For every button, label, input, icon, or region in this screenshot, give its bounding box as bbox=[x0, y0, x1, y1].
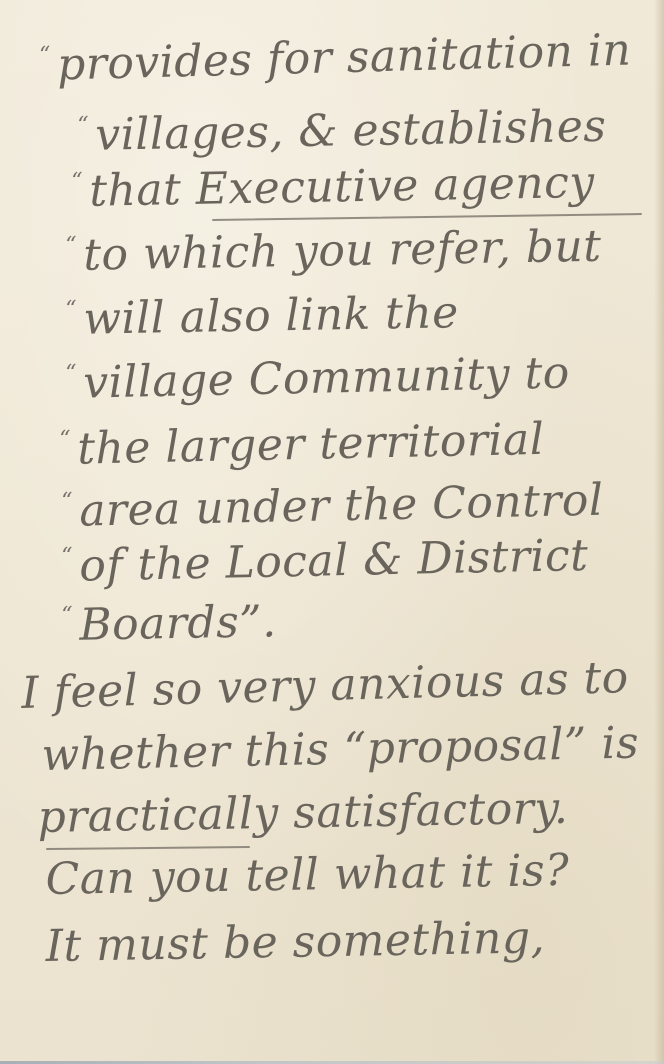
quoted-line-text: will also link the bbox=[83, 287, 459, 345]
paragraph-line-4: Can you tell what it is? bbox=[45, 849, 569, 902]
quoted-line-text: of the Local & District bbox=[79, 530, 589, 592]
quoted-line-text: the larger territorial bbox=[77, 414, 545, 475]
quoted-line-4: “to which you refer, but bbox=[65, 225, 602, 278]
quoted-line-text: Boards”. bbox=[79, 596, 277, 650]
quote-mark: “ bbox=[39, 43, 51, 68]
page-edge-shadow bbox=[654, 0, 664, 1064]
quoted-line-text: area under the Control bbox=[79, 475, 604, 537]
quoted-line-6: “village Community to bbox=[65, 351, 570, 406]
quoted-line-text: to which you refer, but bbox=[83, 221, 602, 281]
paragraph-line-5: It must be something, bbox=[45, 916, 545, 969]
quoted-line-10: “Boards”. bbox=[61, 600, 277, 648]
quote-mark: “ bbox=[77, 113, 89, 138]
paragraph-line-text: practically satisfactory. bbox=[37, 783, 569, 843]
quote-mark: “ bbox=[71, 169, 83, 194]
paragraph-line-text: whether this “proposal” is bbox=[41, 717, 640, 781]
paragraph-line-text: I feel so very anxious as to bbox=[21, 652, 630, 719]
manuscript-page: “provides for sanitation in “villages, &… bbox=[0, 0, 664, 1064]
quote-mark: “ bbox=[65, 361, 77, 386]
quoted-line-3: “that Executive agency bbox=[71, 161, 595, 214]
quoted-line-text: provides for sanitation in bbox=[56, 25, 631, 91]
underline-executive-agency bbox=[212, 213, 642, 221]
quote-mark: “ bbox=[59, 427, 71, 452]
quoted-line-text: villages, & establishes bbox=[95, 101, 607, 161]
quote-mark: “ bbox=[65, 233, 77, 258]
quoted-line-9: “of the Local & District bbox=[61, 534, 589, 589]
quoted-line-1: “provides for sanitation in bbox=[39, 29, 632, 88]
quoted-line-text: that Executive agency bbox=[89, 157, 595, 217]
quoted-line-8: “area under the Control bbox=[61, 479, 604, 534]
quoted-line-2: “villages, & establishes bbox=[77, 105, 607, 158]
quoted-line-7: “the larger territorial bbox=[59, 418, 545, 472]
paragraph-line-2: whether this “proposal” is bbox=[41, 721, 639, 778]
paragraph-line-text: Can you tell what it is? bbox=[45, 845, 569, 905]
quote-mark: “ bbox=[61, 603, 73, 628]
paragraph-line-1: I feel so very anxious as to bbox=[21, 656, 629, 716]
underline-practically bbox=[46, 846, 250, 850]
paragraph-line-text: It must be something, bbox=[45, 912, 545, 972]
quote-mark: “ bbox=[65, 297, 77, 322]
quote-mark: “ bbox=[61, 489, 73, 514]
quoted-line-5: “will also link the bbox=[65, 291, 459, 342]
quote-mark: “ bbox=[61, 544, 73, 569]
quoted-line-text: village Community to bbox=[83, 347, 571, 408]
paragraph-line-3: practically satisfactory. bbox=[37, 787, 568, 840]
